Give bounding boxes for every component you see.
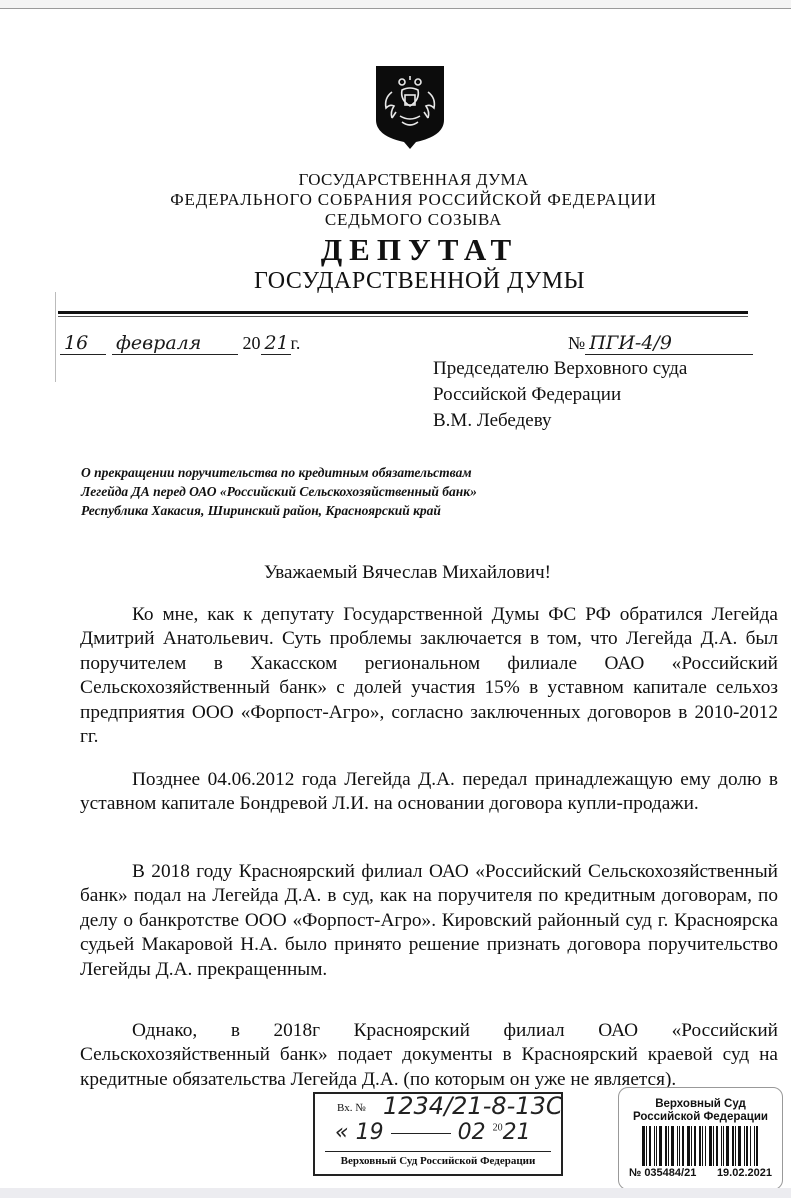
reg-number-value: ПГИ-4/9	[585, 332, 753, 355]
viewer-top-bar	[0, 0, 791, 9]
header-subtitle: ГОСУДАРСТВЕННОЙ ДУМЫ	[24, 268, 791, 295]
barcode-stamp: Верховный Суд Российской Федерации № 035…	[618, 1087, 783, 1190]
paragraph-4: Однако, в 2018г Красноярский филиал ОАО …	[80, 1019, 778, 1092]
stamp-footer: Верховный Суд Российской Федерации	[315, 1155, 561, 1167]
subject-line-1: О прекращении поручительства по кредитны…	[81, 463, 477, 482]
barcode-title-1: Верховный Суд	[619, 1098, 782, 1111]
barcode-number: № 035484/21	[629, 1167, 696, 1179]
barcode-footer: № 035484/21 19.02.2021	[619, 1166, 782, 1179]
date-year-prefix: 20	[243, 333, 261, 353]
reg-number-prefix: №	[568, 333, 585, 353]
barcode-date: 19.02.2021	[717, 1167, 772, 1179]
header-line-3: СЕДЬМОГО СОЗЫВА	[18, 210, 791, 230]
coat-of-arms-icon	[372, 62, 448, 150]
subject-block: О прекращении поручительства по кредитны…	[81, 463, 477, 520]
stamp-date: « 19 02 2021	[335, 1120, 531, 1145]
subject-line-3: Республика Хакасия, Ширинский район, Кра…	[81, 501, 477, 520]
stamp-date-day: « 19	[335, 1120, 384, 1145]
stamp-number: 1234/21-8-13С	[383, 1092, 563, 1120]
barcode-title-2: Российской Федерации	[619, 1111, 782, 1124]
date-day: 16	[60, 332, 106, 355]
addressee-block: Председателю Верховного суда Российской …	[433, 356, 687, 434]
header-divider	[58, 311, 748, 314]
viewer-bottom-bar	[0, 1188, 791, 1198]
addressee-line-2: Российской Федерации	[433, 382, 687, 408]
letter-date: 16февраля 2021г.	[60, 332, 300, 355]
stamp-label: Вх. №	[337, 1102, 366, 1114]
stamp-date-month: 02	[458, 1120, 486, 1145]
margin-line	[55, 292, 56, 382]
paragraph-text: Однако, в 2018г Красноярский филиал ОАО …	[80, 1019, 778, 1092]
header-line-1: ГОСУДАРСТВЕННАЯ ДУМА	[18, 170, 791, 190]
paragraph-2: Позднее 04.06.2012 года Легейда Д.А. пер…	[80, 768, 778, 817]
paragraph-text: Ко мне, как к депутату Государственной Д…	[80, 603, 778, 749]
registration-number: №ПГИ-4/9	[568, 332, 753, 355]
addressee-line-1: Председателю Верховного суда	[433, 356, 687, 382]
stamp-divider	[325, 1151, 551, 1152]
addressee-line-3: В.М. Лебедеву	[433, 408, 687, 434]
stamp-date-year-prefix: 20	[493, 1123, 503, 1134]
incoming-registration-stamp: Вх. № 1234/21-8-13С « 19 02 2021 Верховн…	[313, 1092, 563, 1176]
header-divider-thin	[58, 316, 748, 317]
date-year-suffix: 21	[261, 332, 291, 355]
date-year-mark: г.	[291, 333, 301, 353]
paragraph-1: Ко мне, как к депутату Государственной Д…	[80, 603, 778, 749]
header-line-2: ФЕДЕРАЛЬНОГО СОБРАНИЯ РОССИЙСКОЙ ФЕДЕРАЦ…	[18, 190, 791, 210]
subject-line-2: Легейда ДА перед ОАО «Российский Сельско…	[81, 482, 477, 501]
barcode-icon	[629, 1126, 772, 1166]
stamp-date-year: 21	[503, 1120, 531, 1145]
paragraph-3: В 2018 году Красноярский филиал ОАО «Рос…	[80, 860, 778, 982]
paragraph-text: В 2018 году Красноярский филиал ОАО «Рос…	[80, 860, 778, 982]
paragraph-text: Позднее 04.06.2012 года Легейда Д.А. пер…	[80, 768, 778, 817]
greeting: Уважаемый Вячеслав Михайлович!	[0, 562, 791, 584]
header-title: ДЕПУТАТ	[24, 232, 791, 268]
date-month: февраля	[112, 332, 238, 355]
